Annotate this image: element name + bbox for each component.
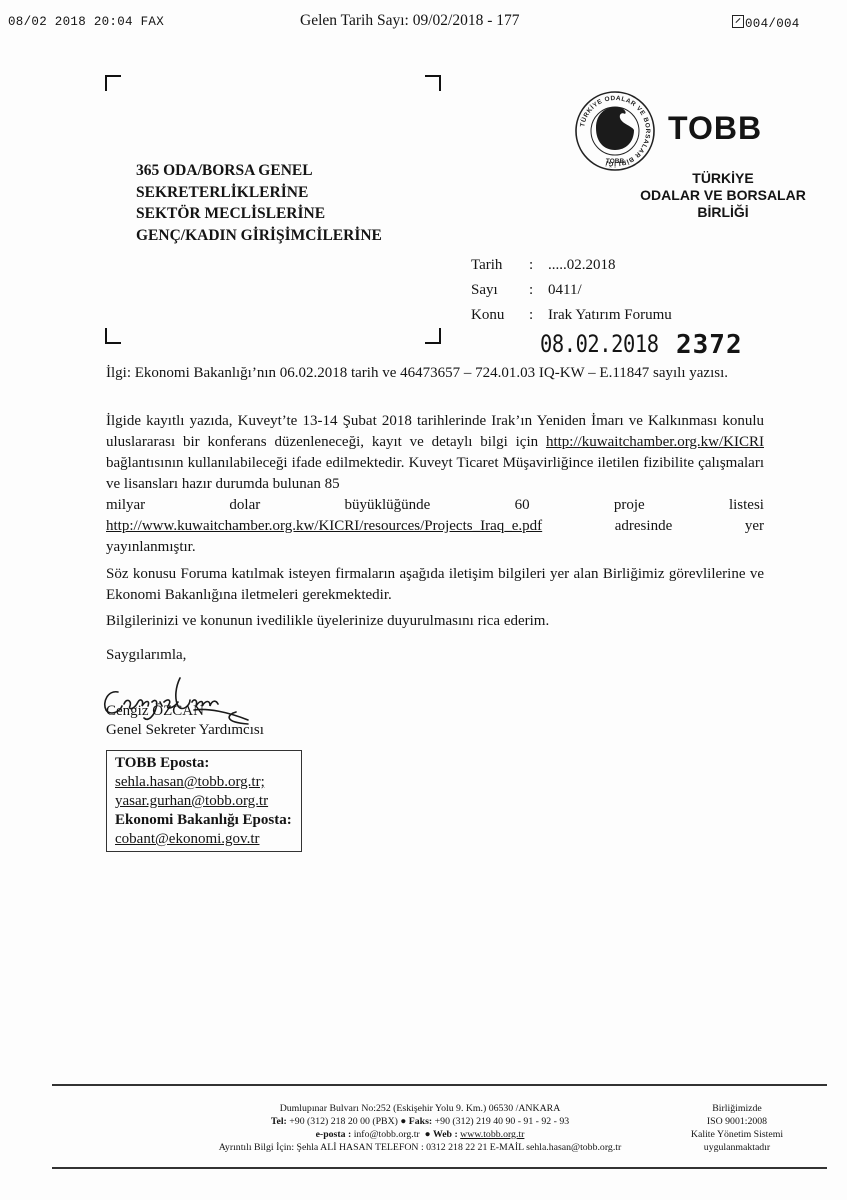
justified-line: http://www.kuwaitchamber.org.kw/KICRI/re…	[106, 516, 764, 537]
received-date-stamp: Gelen Tarih Sayı: 09/02/2018 - 177	[300, 12, 519, 30]
page-count: 004/004	[745, 17, 800, 31]
recipient-line: SEKTÖR MECLİSLERİNE	[136, 203, 382, 225]
ref-value: 0411/	[548, 278, 582, 303]
address-window-corner-mark	[105, 75, 121, 91]
stamp-date: 08.02.2018	[540, 330, 659, 358]
recipient-line: 365 ODA/BORSA GENEL	[136, 160, 382, 182]
phone-line: Tel: +90 (312) 218 20 00 (PBX) ● Faks: +…	[180, 1115, 660, 1128]
ref-row-subject: Konu:Irak Yatırım Forumu	[471, 303, 672, 328]
email-link[interactable]: cobant@ekonomi.gov.tr	[115, 830, 295, 849]
org-name-line: BİRLİĞİ	[625, 204, 821, 221]
email-link[interactable]: sehla.hasan@tobb.org.tr;	[115, 773, 295, 792]
paragraph-text: bağlantısının kullanılabileceği ifade ed…	[106, 455, 764, 492]
word: proje	[614, 495, 645, 516]
ref-value: Irak Yatırım Forumu	[548, 303, 672, 328]
footer-divider	[52, 1167, 827, 1169]
reference-block: Tarih:.....02.2018 Sayı:0411/ Konu:Irak …	[471, 253, 672, 328]
word: listesi	[729, 495, 764, 516]
word: milyar	[106, 495, 145, 516]
word: 60	[515, 495, 530, 516]
footer-divider	[52, 1084, 827, 1086]
organization-name: TÜRKİYE ODALAR VE BORSALAR BİRLİĞİ	[625, 170, 821, 221]
ref-label: Sayı	[471, 278, 529, 303]
main-paragraph: İlgide kayıtlı yazıda, Kuveyt’te 13-14 Ş…	[106, 411, 764, 558]
iso-line: Kalite Yönetim Sistemi	[672, 1128, 802, 1141]
fax-timestamp: 08/02 2018 20:04 FAX	[8, 15, 164, 29]
word: yer	[745, 516, 764, 537]
reference-paragraph: İlgi: Ekonomi Bakanlığı’nın 06.02.2018 t…	[106, 363, 764, 384]
paragraph-text: yayınlanmıştır.	[106, 537, 764, 558]
word: adresinde	[615, 516, 672, 537]
iso-certification-note: Birliğimizde ISO 9001:2008 Kalite Yöneti…	[672, 1102, 802, 1154]
projects-pdf-link[interactable]: http://www.kuwaitchamber.org.kw/KICRI/re…	[106, 516, 542, 537]
footer-email-link[interactable]: info@tobb.org.tr	[354, 1129, 420, 1140]
fax-page-counter: 004/004	[732, 15, 800, 31]
email-link[interactable]: yasar.gurhan@tobb.org.tr	[115, 792, 295, 811]
word: büyüklüğünde	[345, 495, 431, 516]
org-name-line: ODALAR VE BORSALAR	[625, 187, 821, 204]
instruction-paragraph: Söz konusu Foruma katılmak isteyen firma…	[106, 564, 764, 606]
contact-box: TOBB Eposta: sehla.hasan@tobb.org.tr; ya…	[106, 750, 302, 852]
justified-line: milyar dolar büyüklüğünde 60 proje liste…	[106, 495, 764, 516]
ref-label: Tarih	[471, 253, 529, 278]
web-label: Web :	[433, 1129, 458, 1140]
contact-detail-line: Ayrıntılı Bilgi İçin: Şehla ALİ HASAN TE…	[180, 1141, 660, 1154]
iso-line: Birliğimizde	[672, 1102, 802, 1115]
kicri-link[interactable]: http://kuwaitchamber.org.kw/KICRI	[546, 434, 764, 450]
recipient-line: SEKRETERLİKLERİNE	[136, 182, 382, 204]
tel-label: Tel:	[271, 1116, 287, 1127]
ref-row-date: Tarih:.....02.2018	[471, 253, 672, 278]
tobb-wordmark: TOBB	[668, 110, 762, 147]
ministry-email-heading: Ekonomi Bakanlığı Eposta:	[115, 811, 295, 830]
web-line: e-posta : info@tobb.org.tr ● Web : www.t…	[180, 1128, 660, 1141]
footer-address: Dumlupınar Bulvarı No:252 (Eskişehir Yol…	[180, 1102, 660, 1154]
iso-line: ISO 9001:2008	[672, 1115, 802, 1128]
org-name-line: TÜRKİYE	[625, 170, 821, 187]
tel-value: +90 (312) 218 20 00 (PBX)	[289, 1116, 398, 1127]
signer-title: Genel Sekreter Yardımcısı	[106, 722, 264, 739]
fax-label: Faks:	[409, 1116, 432, 1127]
ref-row-number: Sayı:0411/	[471, 278, 672, 303]
ref-value: .....02.2018	[548, 253, 616, 278]
email-label: e-posta :	[316, 1129, 352, 1140]
recipient-block: 365 ODA/BORSA GENEL SEKRETERLİKLERİNE SE…	[136, 160, 382, 246]
svg-text:TOBB: TOBB	[606, 158, 625, 165]
iso-line: uygulanmaktadır	[672, 1141, 802, 1154]
address-line: Dumlupınar Bulvarı No:252 (Eskişehir Yol…	[180, 1102, 660, 1115]
fax-value: +90 (312) 219 40 90 - 91 - 92 - 93	[435, 1116, 570, 1127]
address-window-corner-mark	[105, 328, 121, 344]
closing: Saygılarımla,	[106, 645, 764, 666]
word: dolar	[229, 495, 260, 516]
address-window-corner-mark	[425, 328, 441, 344]
address-window-corner-mark	[425, 75, 441, 91]
request-paragraph: Bilgilerinizi ve konunun ivedilikle üyel…	[106, 611, 764, 632]
stamp-number: 2372	[676, 330, 743, 360]
footer-web-link[interactable]: www.tobb.org.tr	[460, 1129, 524, 1140]
recipient-line: GENÇ/KADIN GİRİŞİMCİLERİNE	[136, 225, 382, 247]
tobb-seal-icon: TÜRKİYE ODALAR VE BORSALAR BİRLİĞİ TOBB	[574, 90, 656, 172]
ref-label: Konu	[471, 303, 529, 328]
tobb-email-heading: TOBB Eposta:	[115, 754, 295, 773]
signer-name: Cengiz ÖZCAN	[106, 703, 204, 720]
fax-page-icon	[732, 15, 744, 28]
